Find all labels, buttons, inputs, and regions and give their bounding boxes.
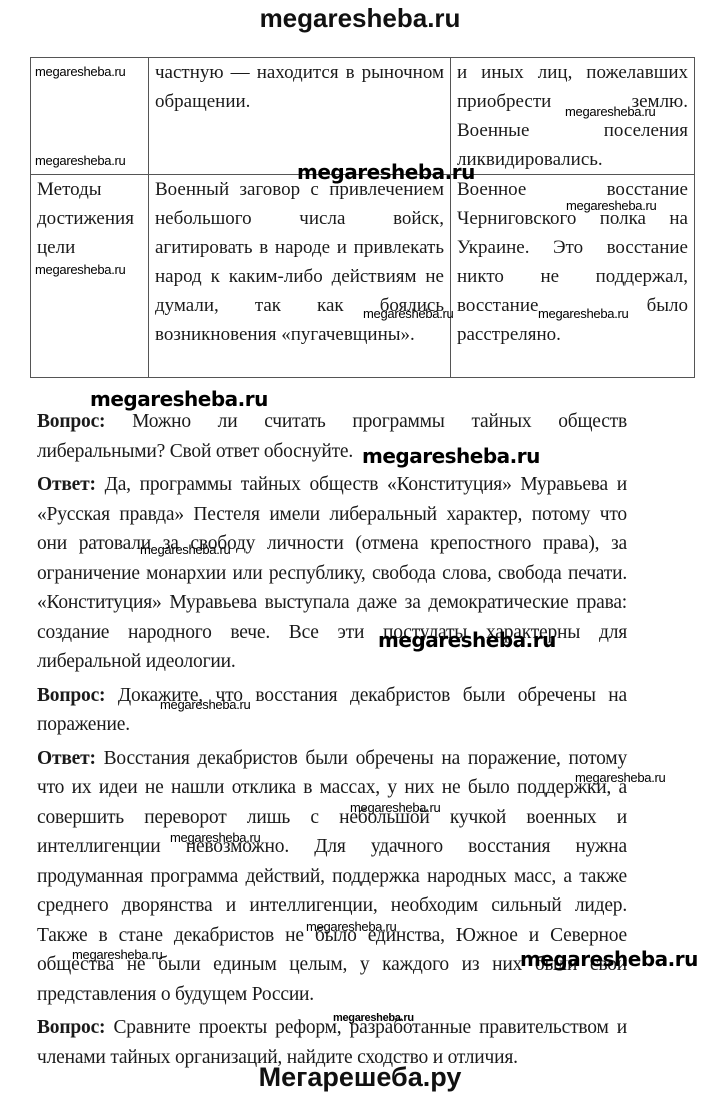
site-footer-title: Мегарешеба.ру — [0, 1062, 720, 1093]
watermark: megaresheba.ru — [35, 262, 125, 277]
watermark: megaresheba.ru — [170, 830, 260, 845]
watermark: megaresheba.ru — [140, 542, 230, 557]
watermark: megaresheba.ru — [90, 387, 268, 411]
watermark: megaresheba.ru — [520, 947, 698, 971]
question-label: Вопрос: — [37, 411, 105, 432]
watermark: megaresheba.ru — [306, 919, 396, 934]
table-cell-decembrists: Военный заговор с привлечением небольшог… — [149, 175, 451, 378]
answer-label: Ответ: — [37, 474, 96, 495]
answer-label: Ответ: — [37, 748, 96, 769]
watermark: megaresheba.ru — [362, 444, 540, 468]
watermark: megaresheba.ru — [35, 153, 125, 168]
watermark: megaresheba.ru — [297, 160, 475, 184]
watermark: megaresheba.ru — [538, 306, 628, 321]
table-cell-decembrists: частную — находится в рыночном обращении… — [149, 58, 451, 175]
question-label: Вопрос: — [37, 1017, 105, 1038]
watermark: megaresheba.ru — [35, 64, 125, 79]
watermark: megaresheba.ru — [378, 628, 556, 652]
question-label: Вопрос: — [37, 685, 105, 706]
watermark: megaresheba.ru — [350, 800, 440, 815]
question-text: Сравните проекты реформ, разработанные п… — [37, 1017, 627, 1068]
site-header-title: megaresheba.ru — [0, 3, 720, 34]
qa-section: Вопрос: Можно ли считать программы тайны… — [37, 407, 627, 1076]
watermark: megaresheba.ru — [333, 1012, 414, 1024]
watermark: megaresheba.ru — [363, 306, 453, 321]
question-paragraph: Вопрос: Докажите, что восстания декабрис… — [37, 681, 627, 740]
watermark: megaresheba.ru — [72, 947, 162, 962]
watermark: megaresheba.ru — [160, 697, 250, 712]
watermark: megaresheba.ru — [566, 198, 656, 213]
watermark: megaresheba.ru — [565, 104, 655, 119]
watermark: megaresheba.ru — [575, 770, 665, 785]
question-text: Докажите, что восстания декабристов были… — [37, 685, 627, 736]
